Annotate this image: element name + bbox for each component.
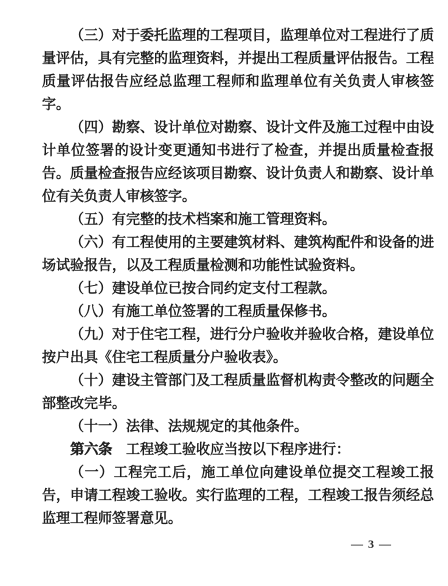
scanned-document-page: （三）对于委托监理的工程项目，监理单位对工程进行了质量评估，具有完整的监理资料，… — [0, 0, 448, 586]
paragraph: （十一）法律、法规规定的其他条件。 — [42, 416, 434, 439]
paragraph: （六）有工程使用的主要建筑材料、建筑构配件和设备的进场试验报告，以及工程质量检测… — [42, 232, 434, 278]
paragraph: （五）有完整的技术档案和施工管理资料。 — [42, 209, 434, 232]
article-heading: 第六条 — [70, 443, 112, 458]
paragraph: （十）建设主管部门及工程质量监督机构责令整改的问题全部整改完毕。 — [42, 370, 434, 416]
paragraph: （一）工程完工后，施工单位向建设单位提交工程竣工报告，申请工程竣工验收。实行监理… — [42, 462, 434, 531]
page-number: — 3 — — [351, 537, 392, 551]
document-body: （三）对于委托监理的工程项目，监理单位对工程进行了质量评估，具有完整的监理资料，… — [42, 25, 434, 531]
paragraph: （四）勘察、设计单位对勘察、设计文件及施工过程中由设计单位签署的设计变更通知书进… — [42, 117, 434, 209]
article-paragraph: 第六条 工程竣工验收应当按以下程序进行： — [42, 439, 434, 462]
paragraph: （九）对于住宅工程，进行分户验收并验收合格，建设单位按户出具《住宅工程质量分户验… — [42, 324, 434, 370]
paragraph: （八）有施工单位签署的工程质量保修书。 — [42, 301, 434, 324]
paragraph: （七）建设单位已按合同约定支付工程款。 — [42, 278, 434, 301]
paragraph: （三）对于委托监理的工程项目，监理单位对工程进行了质量评估，具有完整的监理资料，… — [42, 25, 434, 117]
